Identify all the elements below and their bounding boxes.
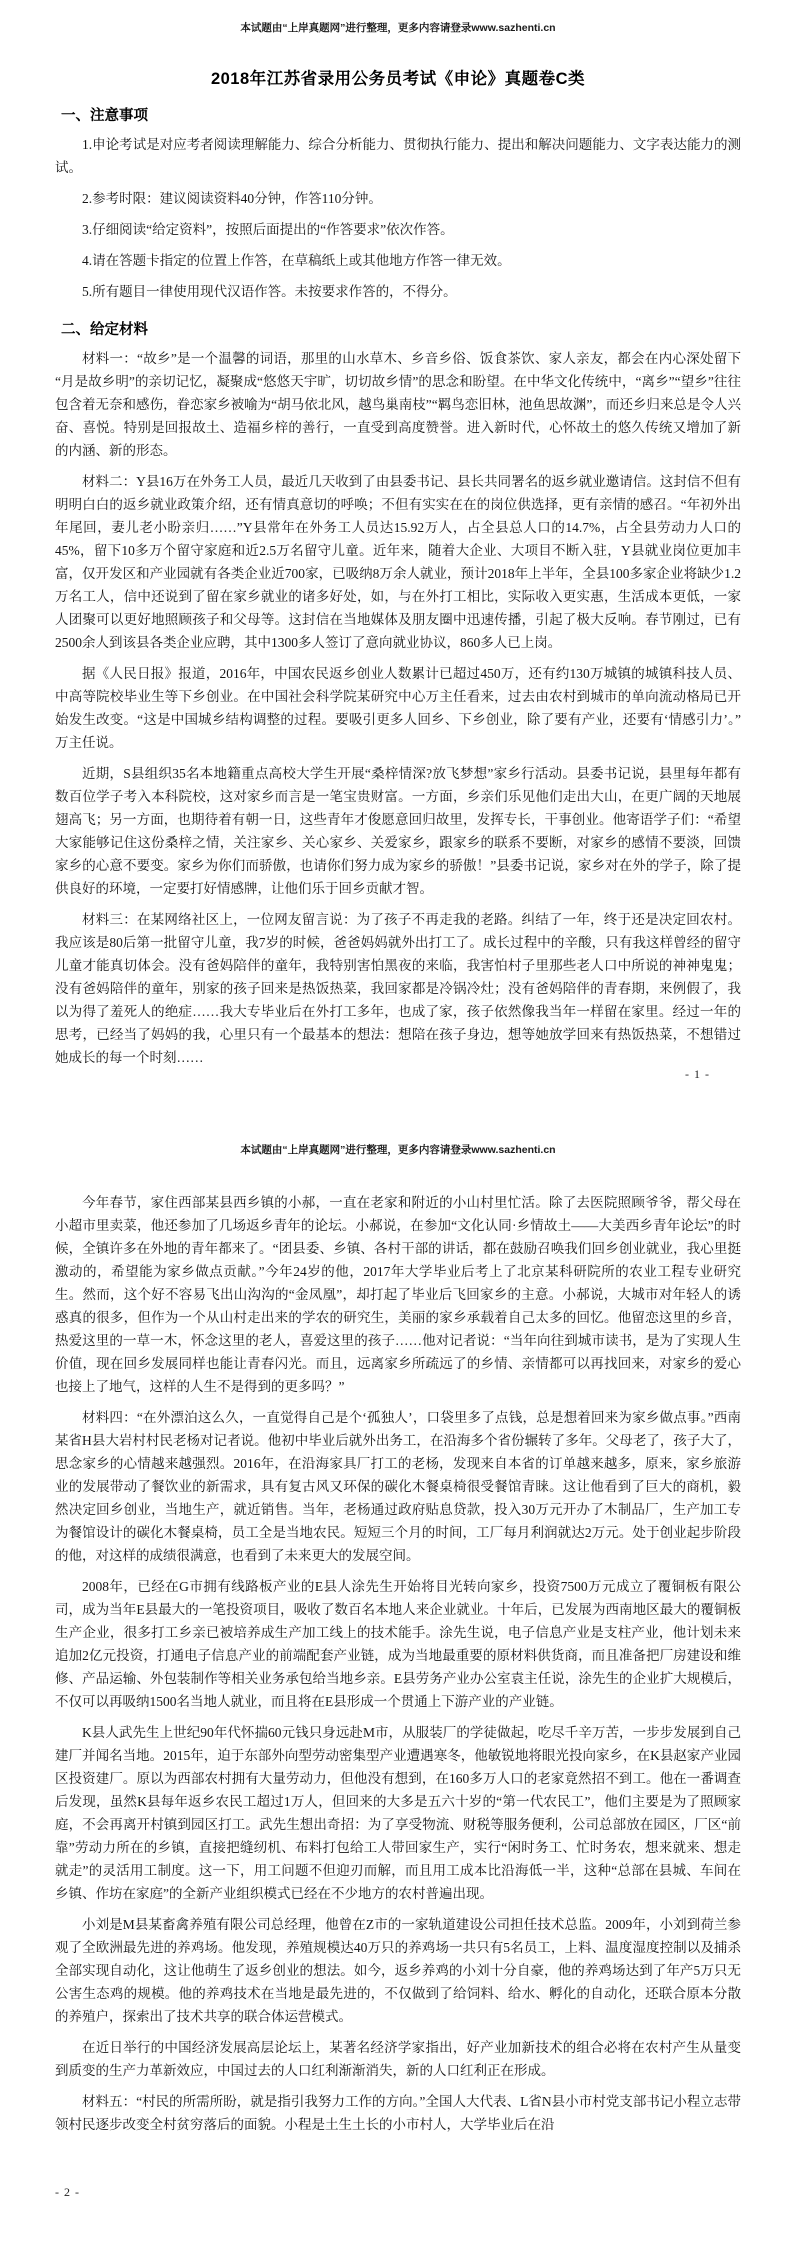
document-title: 2018年江苏省录用公务员考试《申论》真题卷C类 xyxy=(55,65,741,89)
material-3-continuation-paragraph: 今年春节，家住西部某县西乡镇的小郝，一直在老家和附近的小山村里忙活。除了去医院照… xyxy=(55,1191,741,1398)
notice-item-2: 2.参考时限：建议阅读资料40分钟，作答110分钟。 xyxy=(55,187,741,210)
material-2-paragraph-3: 近期，S县组织35名本地籍重点高校大学生开展“桑梓情深?放飞梦想”家乡行活动。县… xyxy=(55,762,741,900)
material-1-paragraph: 材料一：“故乡”是一个温馨的词语，那里的山水草木、乡音乡俗、饭食茶饮、家人亲友，… xyxy=(55,347,741,462)
notice-item-4: 4.请在答题卡指定的位置上作答，在草稿纸上或其他地方作答一律无效。 xyxy=(55,249,741,272)
material-2-paragraph-2: 据《人民日报》报道，2016年，中国农民返乡创业人数累计已超过450万，还有约1… xyxy=(55,662,741,754)
material-4-paragraph-5: 在近日举行的中国经济发展高层论坛上，某著名经济学家指出，好产业加新技术的组合必将… xyxy=(55,2036,741,2082)
section-heading-notice: 一、注意事项 xyxy=(61,104,741,125)
material-3-paragraph: 材料三：在某网络社区上，一位网友留言说：为了孩子不再走我的老路。纠结了一年，终于… xyxy=(55,908,741,1069)
material-4-paragraph-2: 2008年，已经在G市拥有线路板产业的E县人涂先生开始将目光转向家乡，投资750… xyxy=(55,1575,741,1713)
watermark-text: 本试题由“上岸真题网”进行整理，更多内容请登录www.sazhenti.cn xyxy=(55,20,741,35)
material-2-paragraph-1: 材料二：Y县16万在外务工人员，最近几天收到了由县委书记、县长共同署名的返乡就业… xyxy=(55,470,741,654)
material-4-paragraph-3: K县人武先生上世纪90年代怀揣60元钱只身远赴M市，从服装厂的学徒做起，吃尽千辛… xyxy=(55,1721,741,1905)
section-heading-materials: 二、给定材料 xyxy=(61,318,741,339)
notice-item-3: 3.仔细阅读“给定资料”，按照后面提出的“作答要求”依次作答。 xyxy=(55,218,741,241)
material-4-paragraph-4: 小刘是M县某畜禽养殖有限公司总经理，他曾在Z市的一家轨道建设公司担任技术总监。2… xyxy=(55,1913,741,2028)
exam-page-1: 本试题由“上岸真题网”进行整理，更多内容请登录www.sazhenti.cn 2… xyxy=(0,0,794,1122)
material-4-paragraph-1: 材料四：“在外漂泊这么久，一直觉得自己是个‘孤独人’，口袋里多了点钱，总是想着回… xyxy=(55,1406,741,1567)
notice-item-5: 5.所有题目一律使用现代汉语作答。未按要求作答的，不得分。 xyxy=(55,280,741,303)
watermark-text: 本试题由“上岸真题网”进行整理，更多内容请登录www.sazhenti.cn xyxy=(55,1142,741,1157)
material-5-paragraph: 材料五：“村民的所需所盼，就是指引我努力工作的方向。”全国人大代表、L省N县小市… xyxy=(55,2090,741,2136)
notice-item-1: 1.申论考试是对应考者阅读理解能力、综合分析能力、贯彻执行能力、提出和解决问题能… xyxy=(55,133,741,179)
page-number-2: - 2 - xyxy=(55,2185,80,2200)
exam-page-2: 本试题由“上岸真题网”进行整理，更多内容请登录www.sazhenti.cn 今… xyxy=(0,1122,794,2244)
page-number-1: - 1 - xyxy=(685,1067,710,1082)
